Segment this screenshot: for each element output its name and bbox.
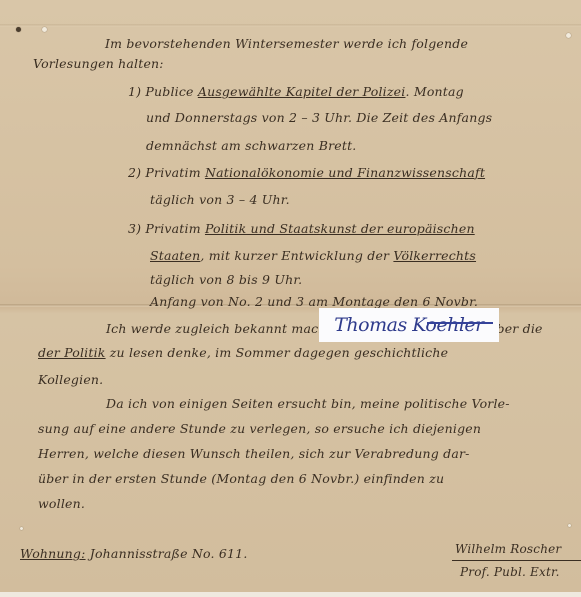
item1-title: Ausgewählte Kapitel der Polizei: [198, 84, 406, 99]
text-line: demnächst am schwarzen Brett.: [146, 138, 356, 153]
text-line: Vorlesungen halten:: [33, 56, 164, 71]
pin-hole: [42, 27, 47, 32]
text-line: wollen.: [38, 496, 85, 511]
signature-name: Wilhelm Roscher: [455, 542, 561, 556]
text-line: der Politik zu lesen denke, im Sommer da…: [38, 345, 448, 360]
address-line: Wohnung: Johannisstraße No. 611.: [20, 546, 248, 561]
text-line: Da ich von einigen Seiten ersucht bin, m…: [106, 396, 510, 411]
stamp-strike: [427, 322, 493, 324]
manuscript-page: Im bevorstehenden Wintersemester werde i…: [0, 0, 581, 592]
fold-line-top: [0, 24, 581, 27]
pin-hole: [20, 527, 23, 530]
text-line: Im bevorstehenden Wintersemester werde i…: [105, 36, 468, 51]
text-line: Kollegien.: [38, 372, 103, 387]
text-line: über in der ersten Stunde (Montag den 6 …: [38, 471, 444, 486]
list-item-2: 2) Privatim Nationalökonomie und Finanzw…: [128, 165, 485, 180]
text-line: sung auf eine andere Stunde zu verlegen,…: [38, 421, 481, 436]
list-item-1: 1) Publice Ausgewählte Kapitel der Poliz…: [128, 84, 464, 99]
list-item-3: 3) Privatim Politik und Staatskunst der …: [128, 221, 475, 236]
text-line: Staaten, mit kurzer Entwicklung der Völk…: [150, 248, 476, 263]
text-line: Herren, welche diesen Wunsch theilen, si…: [38, 446, 470, 461]
text-line: täglich von 3 – 4 Uhr.: [150, 192, 290, 207]
text-line: täglich von 8 bis 9 Uhr.: [150, 272, 302, 287]
stamp-signature: Thomas Koehler: [334, 314, 484, 336]
item2-title: Nationalökonomie und Finanzwissenschaft: [205, 165, 485, 180]
collector-stamp: Thomas Koehler: [319, 308, 499, 342]
signature-rule: [452, 560, 581, 561]
pin-hole: [16, 27, 21, 32]
text-line: und Donnerstags von 2 – 3 Uhr. Die Zeit …: [146, 110, 492, 125]
signature-title: Prof. Publ. Extr.: [460, 565, 560, 579]
text-line: Anfang von No. 2 und 3 am Montage den 6 …: [150, 294, 478, 309]
pin-hole: [566, 33, 571, 38]
item3-title: Politik und Staatskunst der europäischen: [205, 221, 475, 236]
pin-hole: [568, 524, 571, 527]
